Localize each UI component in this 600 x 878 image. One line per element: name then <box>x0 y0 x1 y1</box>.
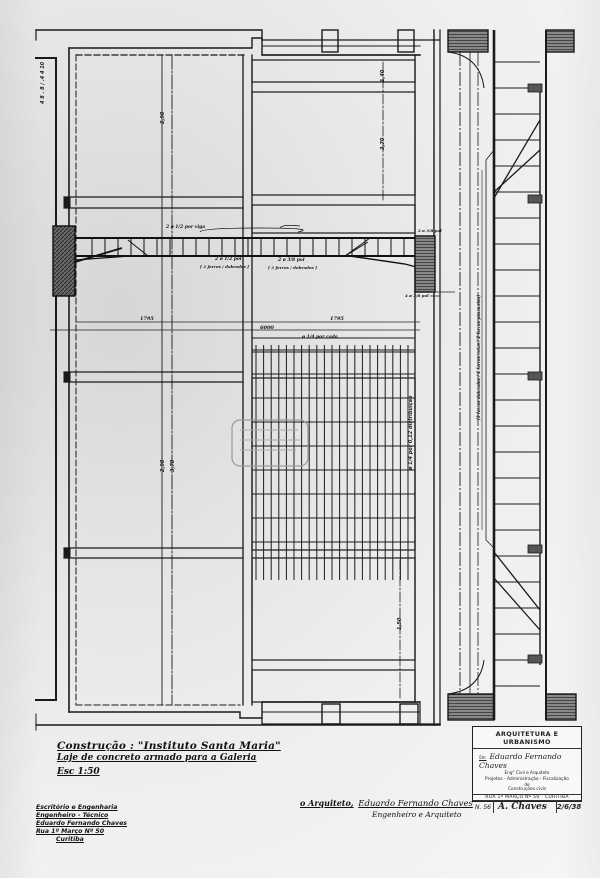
engineer-title: Eng° Civil e Arquiteto <box>473 770 581 775</box>
builder-line-1: Escritório e Engenharia <box>36 804 127 812</box>
office-date: 2/6/38 <box>556 801 581 813</box>
dim-v4: 2,90 <box>160 460 166 472</box>
dim-v6: 1,50 <box>397 618 403 630</box>
builder-line-4: Rua 1º Março Nº 50 <box>36 828 127 836</box>
rebar-grid <box>252 345 415 580</box>
gallery-beam <box>53 225 435 296</box>
signature-role: Engenheiro e Arquiteto <box>372 810 461 819</box>
drawing-scale: Esc 1:50 <box>57 767 100 777</box>
builder-line-2: Engenheiro - Técnico <box>36 812 127 820</box>
dimension-center: 6000 <box>260 325 274 331</box>
beam-label-left: 2 ø 1/2 pol <box>215 257 242 262</box>
office-services-3: Construções civis <box>473 787 581 792</box>
dim-v3: 1,40 <box>380 70 386 82</box>
side-note: 4 8 . 8 / .4 4 10 <box>40 62 46 104</box>
builder-line-3: Eduardo Fernando Chaves <box>36 820 127 828</box>
signature-name: Eduardo Fernando Chaves <box>358 799 473 809</box>
rebar-side-label: ø 1/4 por 0,12 distribuição <box>408 396 414 470</box>
office-stamp: ARQUITETURA E URBANISMO Dr.Eduardo Ferna… <box>472 726 582 802</box>
builder-line-5: Curitiba <box>36 836 127 844</box>
column-bottom-label: 4 ø 3/8 pol <box>405 293 429 298</box>
office-engineer: Dr.Eduardo Fernando Chaves <box>473 749 581 770</box>
beam-right-label: 2 ø 3/8 pol <box>418 228 442 233</box>
architect-signature: o Arquiteto, Eduardo Fernando Chaves Eng… <box>300 798 473 809</box>
dim-v5: 3,70 <box>170 460 176 472</box>
corridor <box>448 30 576 720</box>
beam-label-mid-sub: [ 3 ferros / dobrados ] <box>268 265 317 270</box>
signature-label: o Arquiteto, <box>300 798 354 808</box>
drawing-title: Construção : "Instituto Santa Maria" <box>57 740 281 752</box>
corridor-note: (3 ferros dobrados / 4 ferros retos / 2 … <box>476 295 481 420</box>
dim-v1: 2,90 <box>160 112 166 124</box>
office-address: RUA 1º MARÇO Nº 50 · CURITIBA <box>473 794 581 801</box>
office-signature: A. Chaves <box>494 802 556 812</box>
outer-wall-left <box>36 30 262 40</box>
office-sign-row: N. 56 A. Chaves 2/6/38 <box>473 801 581 813</box>
beam-label-left-sub: [ 3 ferros / dobrados ] <box>200 264 249 269</box>
office-header: ARQUITETURA E URBANISMO <box>473 727 581 749</box>
beam-label-mid: 2 ø 3/8 pol <box>278 258 305 263</box>
engineer-name: Eduardo Fernando Chaves <box>479 752 561 770</box>
dim-v2: 3,70 <box>380 138 386 150</box>
rebar-top-label: ø 1/4 por cada <box>302 335 338 340</box>
drawing-subtitle: Laje de concreto armado para a Galeria <box>57 753 257 763</box>
dimension-left: 1795 <box>140 316 154 322</box>
beam-top-label: 2 ø 1/2 por viga <box>166 225 205 230</box>
dimension-right: 1795 <box>330 316 344 322</box>
sheet-number: N. 56 <box>473 801 494 813</box>
builder-stamp: Escritório e Engenharia Engenheiro - Téc… <box>36 804 127 844</box>
